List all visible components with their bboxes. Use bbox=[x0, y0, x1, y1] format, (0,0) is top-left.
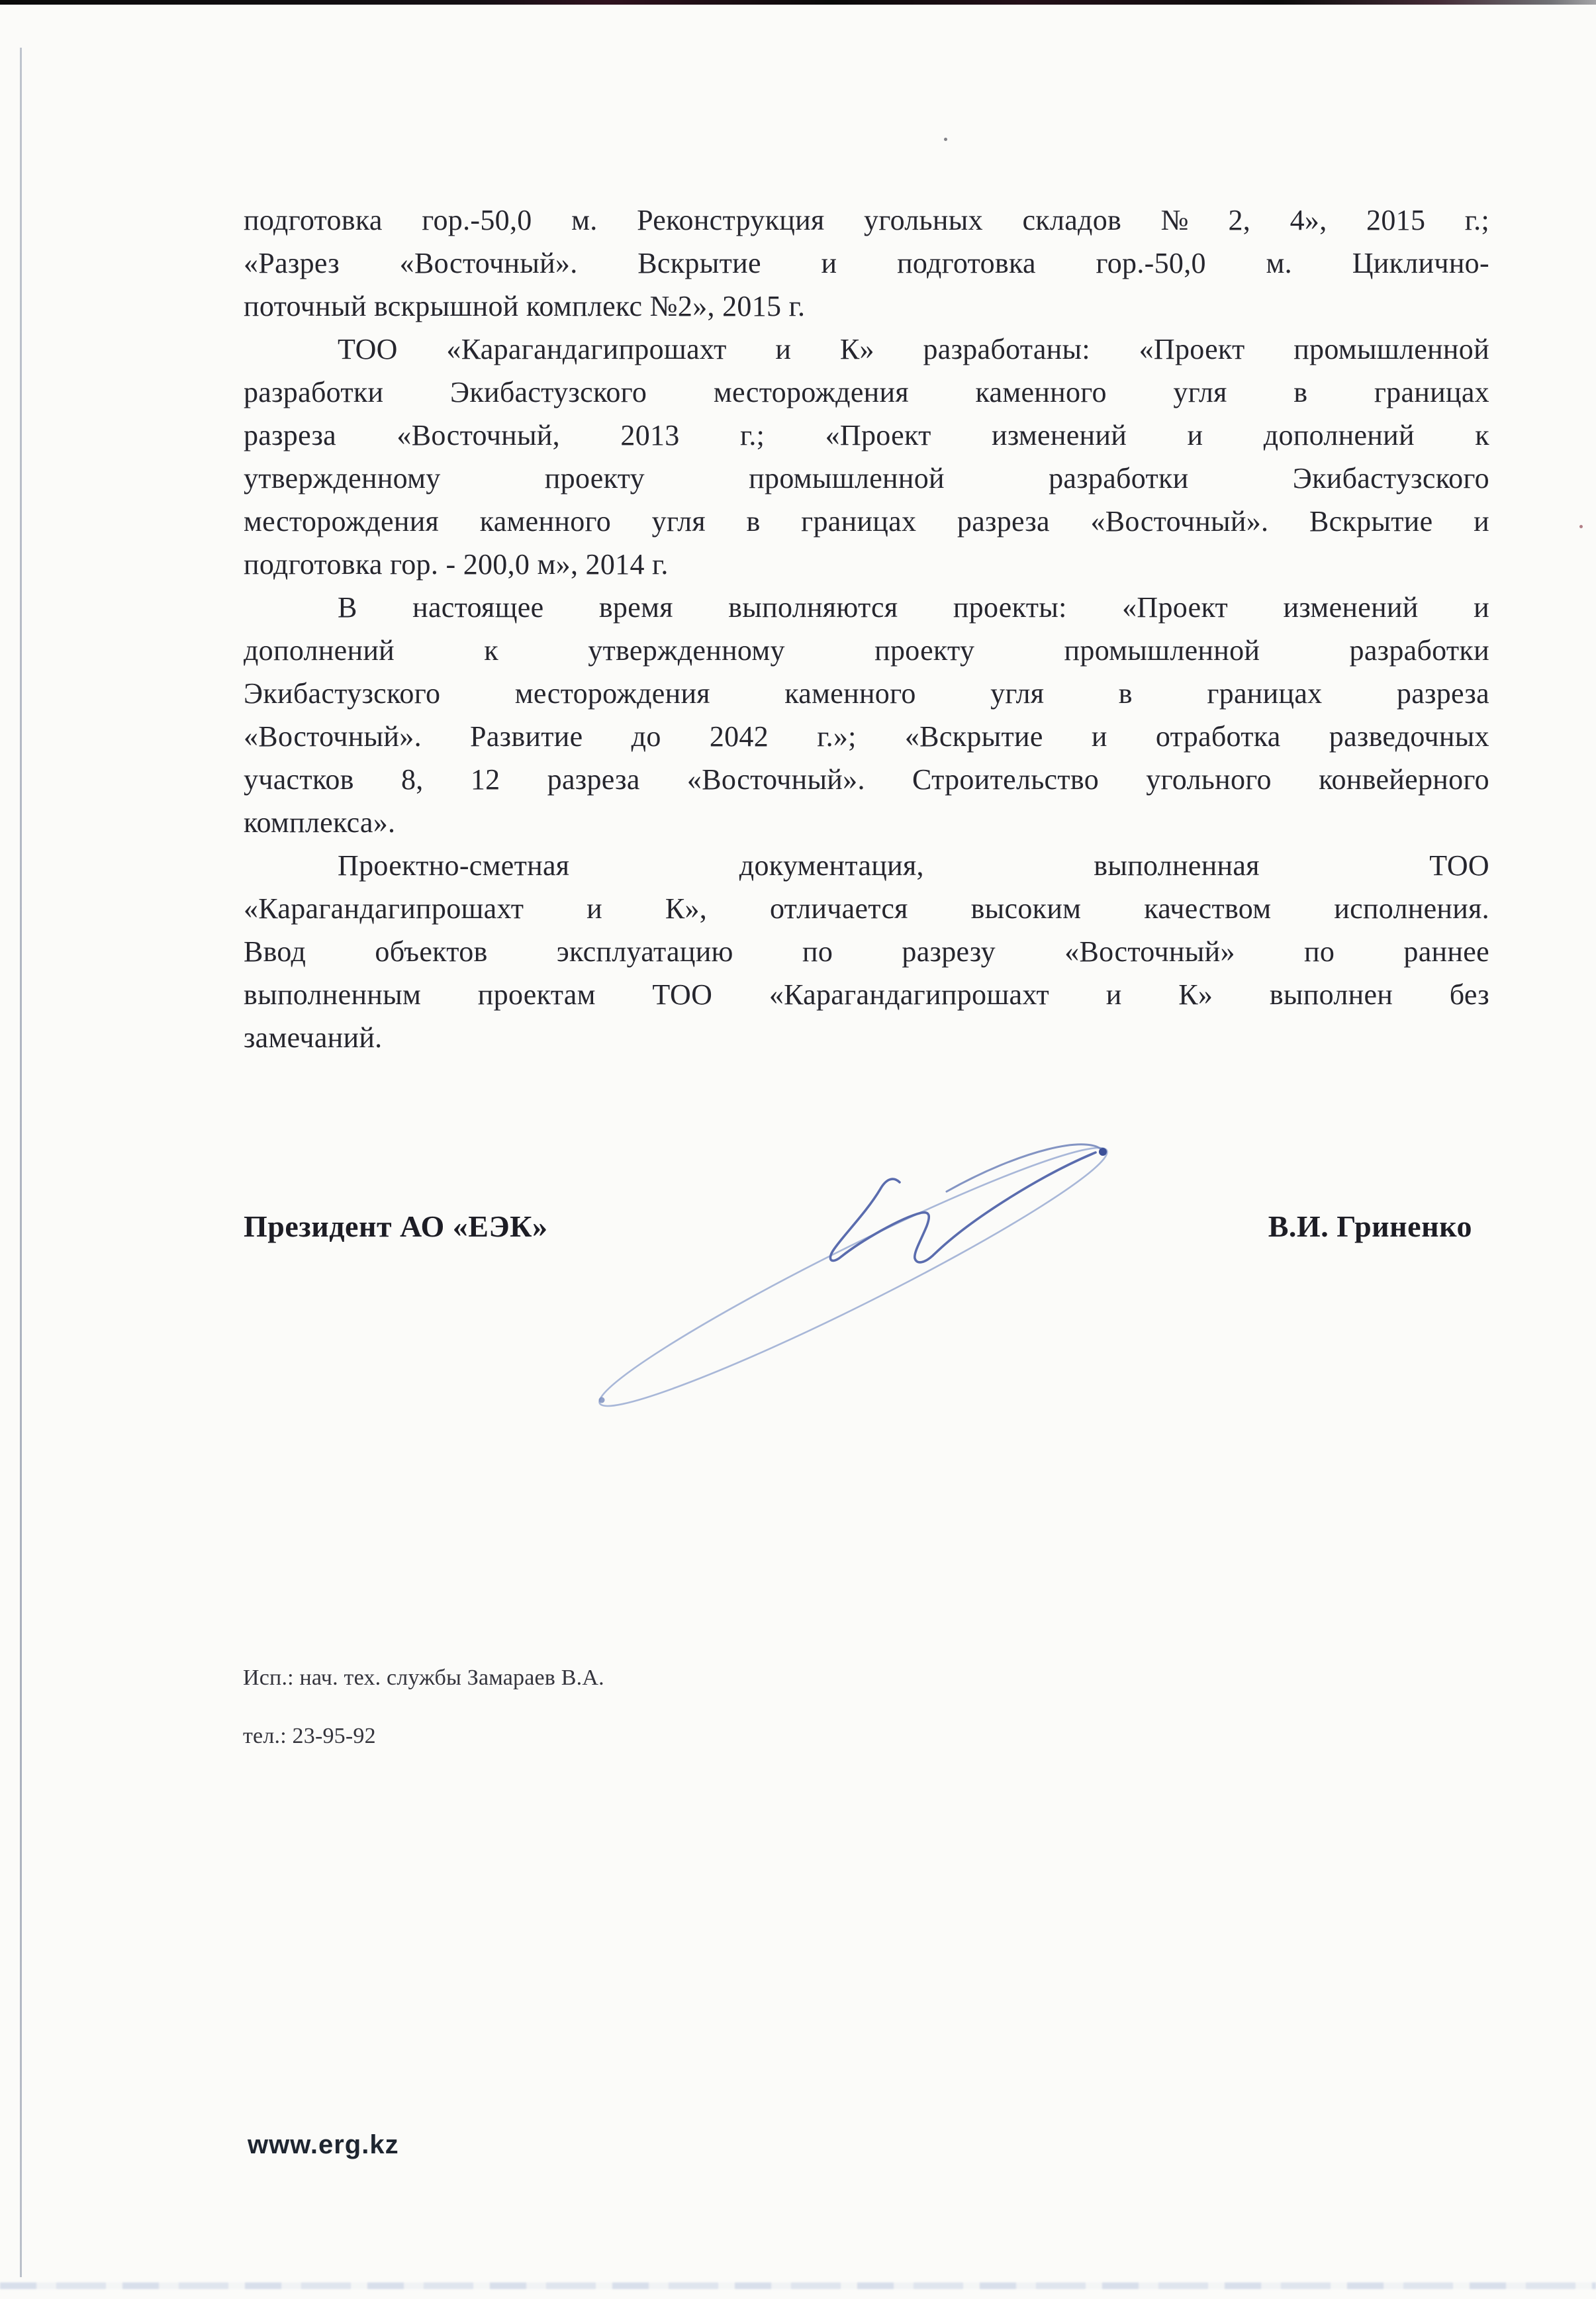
text-line: подготовкагор.-50,0м.Реконструкцияугольн… bbox=[244, 199, 1489, 242]
signature-title: Президент АО «ЕЭК» bbox=[244, 1205, 548, 1248]
text-line: Экибастузскогоместорождениякаменногоугля… bbox=[244, 672, 1489, 715]
scan-speckle bbox=[1393, 258, 1395, 261]
text-line: Внастоящеевремявыполняютсяпроекты:«Проек… bbox=[244, 586, 1489, 629]
text-line: месторождениякаменногоуглявграницахразре… bbox=[244, 500, 1489, 543]
body-text: подготовкагор.-50,0м.Реконструкцияугольн… bbox=[244, 199, 1489, 1059]
scan-top-edge bbox=[0, 0, 1596, 5]
text-line: «Восточный».Развитиедо2042г.»;«Вскрытиеи… bbox=[244, 715, 1489, 758]
text-line: поточный вскрышной комплекс №2», 2015 г. bbox=[244, 285, 1489, 328]
fold-line bbox=[20, 48, 22, 2277]
text-line: замечаний. bbox=[244, 1016, 1489, 1059]
text-line: разработкиЭкибастузскогоместорождениякам… bbox=[244, 371, 1489, 414]
scan-speckle bbox=[1579, 525, 1583, 528]
website-url: www.erg.kz bbox=[248, 2130, 399, 2160]
phone-note: тел.: 23-95-92 bbox=[243, 1724, 376, 1749]
text-line: участков8,12разреза«Восточный».Строитель… bbox=[244, 758, 1489, 801]
text-line: подготовка гор. - 200,0 м», 2014 г. bbox=[244, 543, 1489, 586]
text-line: ТОО«КарагандагипрошахтиК»разработаны:«Пр… bbox=[244, 328, 1489, 371]
text-line: Вводобъектовэксплуатациюпоразрезу«Восточ… bbox=[244, 930, 1489, 973]
page-sheet: подготовкагор.-50,0м.Реконструкцияугольн… bbox=[0, 0, 1596, 2299]
text-line: «Разрез«Восточный».Вскрытиеиподготовкаго… bbox=[244, 242, 1489, 285]
text-line: «КарагандагипрошахтиК»,отличаетсявысоким… bbox=[244, 887, 1489, 930]
signatory-name: В.И. Гриненко bbox=[1268, 1205, 1472, 1248]
text-line: выполненнымпроектамТОО«Карагандагипрошах… bbox=[244, 973, 1489, 1016]
scan-speckle bbox=[944, 138, 947, 141]
text-line: утвержденномупроектупромышленнойразработ… bbox=[244, 457, 1489, 500]
executor-note: Исп.: нач. тех. службы Замараев В.А. bbox=[243, 1666, 604, 1691]
text-line: дополненийкутвержденномупроектупромышлен… bbox=[244, 629, 1489, 672]
text-line: разреза«Восточный,2013г.;«Проектизменени… bbox=[244, 414, 1489, 457]
signature-row: Президент АО «ЕЭК» В.И. Гриненко bbox=[244, 1205, 1472, 1248]
scan-bottom-streak bbox=[0, 2282, 1596, 2289]
text-line: комплекса». bbox=[244, 801, 1489, 844]
text-line: Проектно-сметнаядокументация,выполненная… bbox=[244, 844, 1489, 887]
